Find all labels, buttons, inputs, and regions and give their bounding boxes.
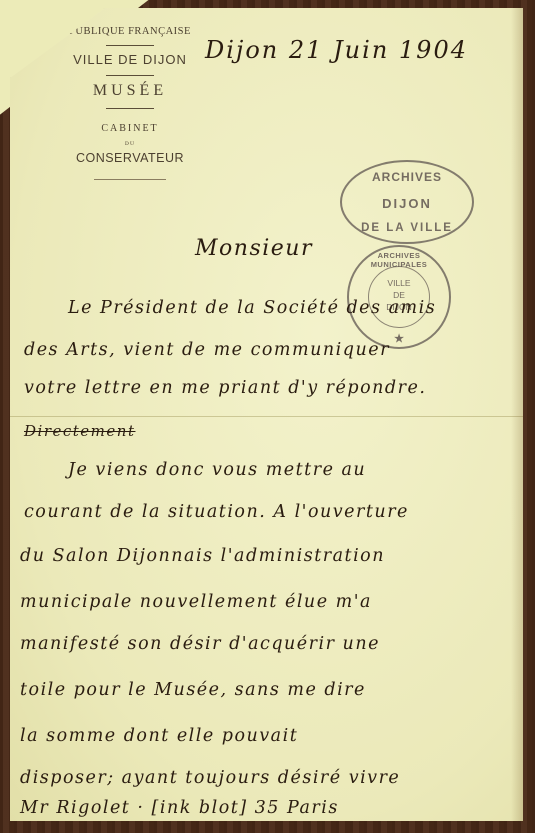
letterhead-divider [106, 45, 154, 46]
stamp-round-ring-text: ARCHIVES MUNICIPALES [349, 251, 449, 269]
letterhead-conservateur: CONSERVATEUR [30, 151, 230, 165]
body-line: municipale nouvellement élue m'a [20, 592, 372, 612]
body-line: manifesté son désir d'acquérir une [20, 634, 380, 654]
body-line: du Salon Dijonnais l'administration [20, 546, 385, 566]
letterhead-city: VILLE DE DIJON [30, 52, 230, 67]
letterhead: PUBLIQUE FRANÇAISE VILLE DE DIJON MUSÉE … [30, 22, 230, 180]
body-line: Le Président de la Société des amis [68, 298, 436, 318]
letterhead-institution: MUSÉE [30, 82, 230, 100]
stamp-oval-top: ARCHIVES [342, 170, 472, 184]
paper-edge [511, 8, 523, 821]
archives-oval-stamp: ARCHIVES DIJON DE LA VILLE [340, 160, 474, 244]
body-line: la somme dont elle pouvait [20, 726, 298, 746]
letterhead-bottom-rule [94, 179, 166, 180]
body-line: courant de la situation. A l'ouverture [24, 502, 409, 522]
letterhead-du: DU [30, 141, 230, 147]
footer-line: Mr Rigolet · [ink blot] 35 Paris [20, 798, 339, 818]
struck-through-line: Directement [24, 422, 135, 440]
body-line: toile pour le Musée, sans me dire [20, 680, 366, 700]
body-line: Je viens donc vous mettre au [68, 460, 366, 480]
stamp-center-line: VILLE [349, 277, 449, 289]
letterhead-divider [106, 75, 154, 76]
archives-municipales-stamp: ARCHIVES MUNICIPALES VILLE DE DIJON ★ [347, 245, 451, 349]
body-line: disposer; ayant toujours désiré vivre [20, 768, 400, 788]
letterhead-cabinet: CABINET [30, 123, 230, 134]
stamp-oval-bottom: DE LA VILLE [342, 222, 472, 234]
salutation: Monsieur [195, 236, 313, 261]
body-line: votre lettre en me priant d'y répondre. [24, 378, 426, 398]
letter-page: PUBLIQUE FRANÇAISE VILLE DE DIJON MUSÉE … [10, 8, 523, 821]
date-line: Dijon 21 Juin 1904 [205, 36, 468, 64]
body-line: des Arts, vient de me communiquer [24, 340, 390, 360]
letterhead-divider [106, 108, 154, 109]
paper-fold-crease [10, 416, 523, 417]
stamp-oval-middle: DIJON [342, 196, 472, 211]
